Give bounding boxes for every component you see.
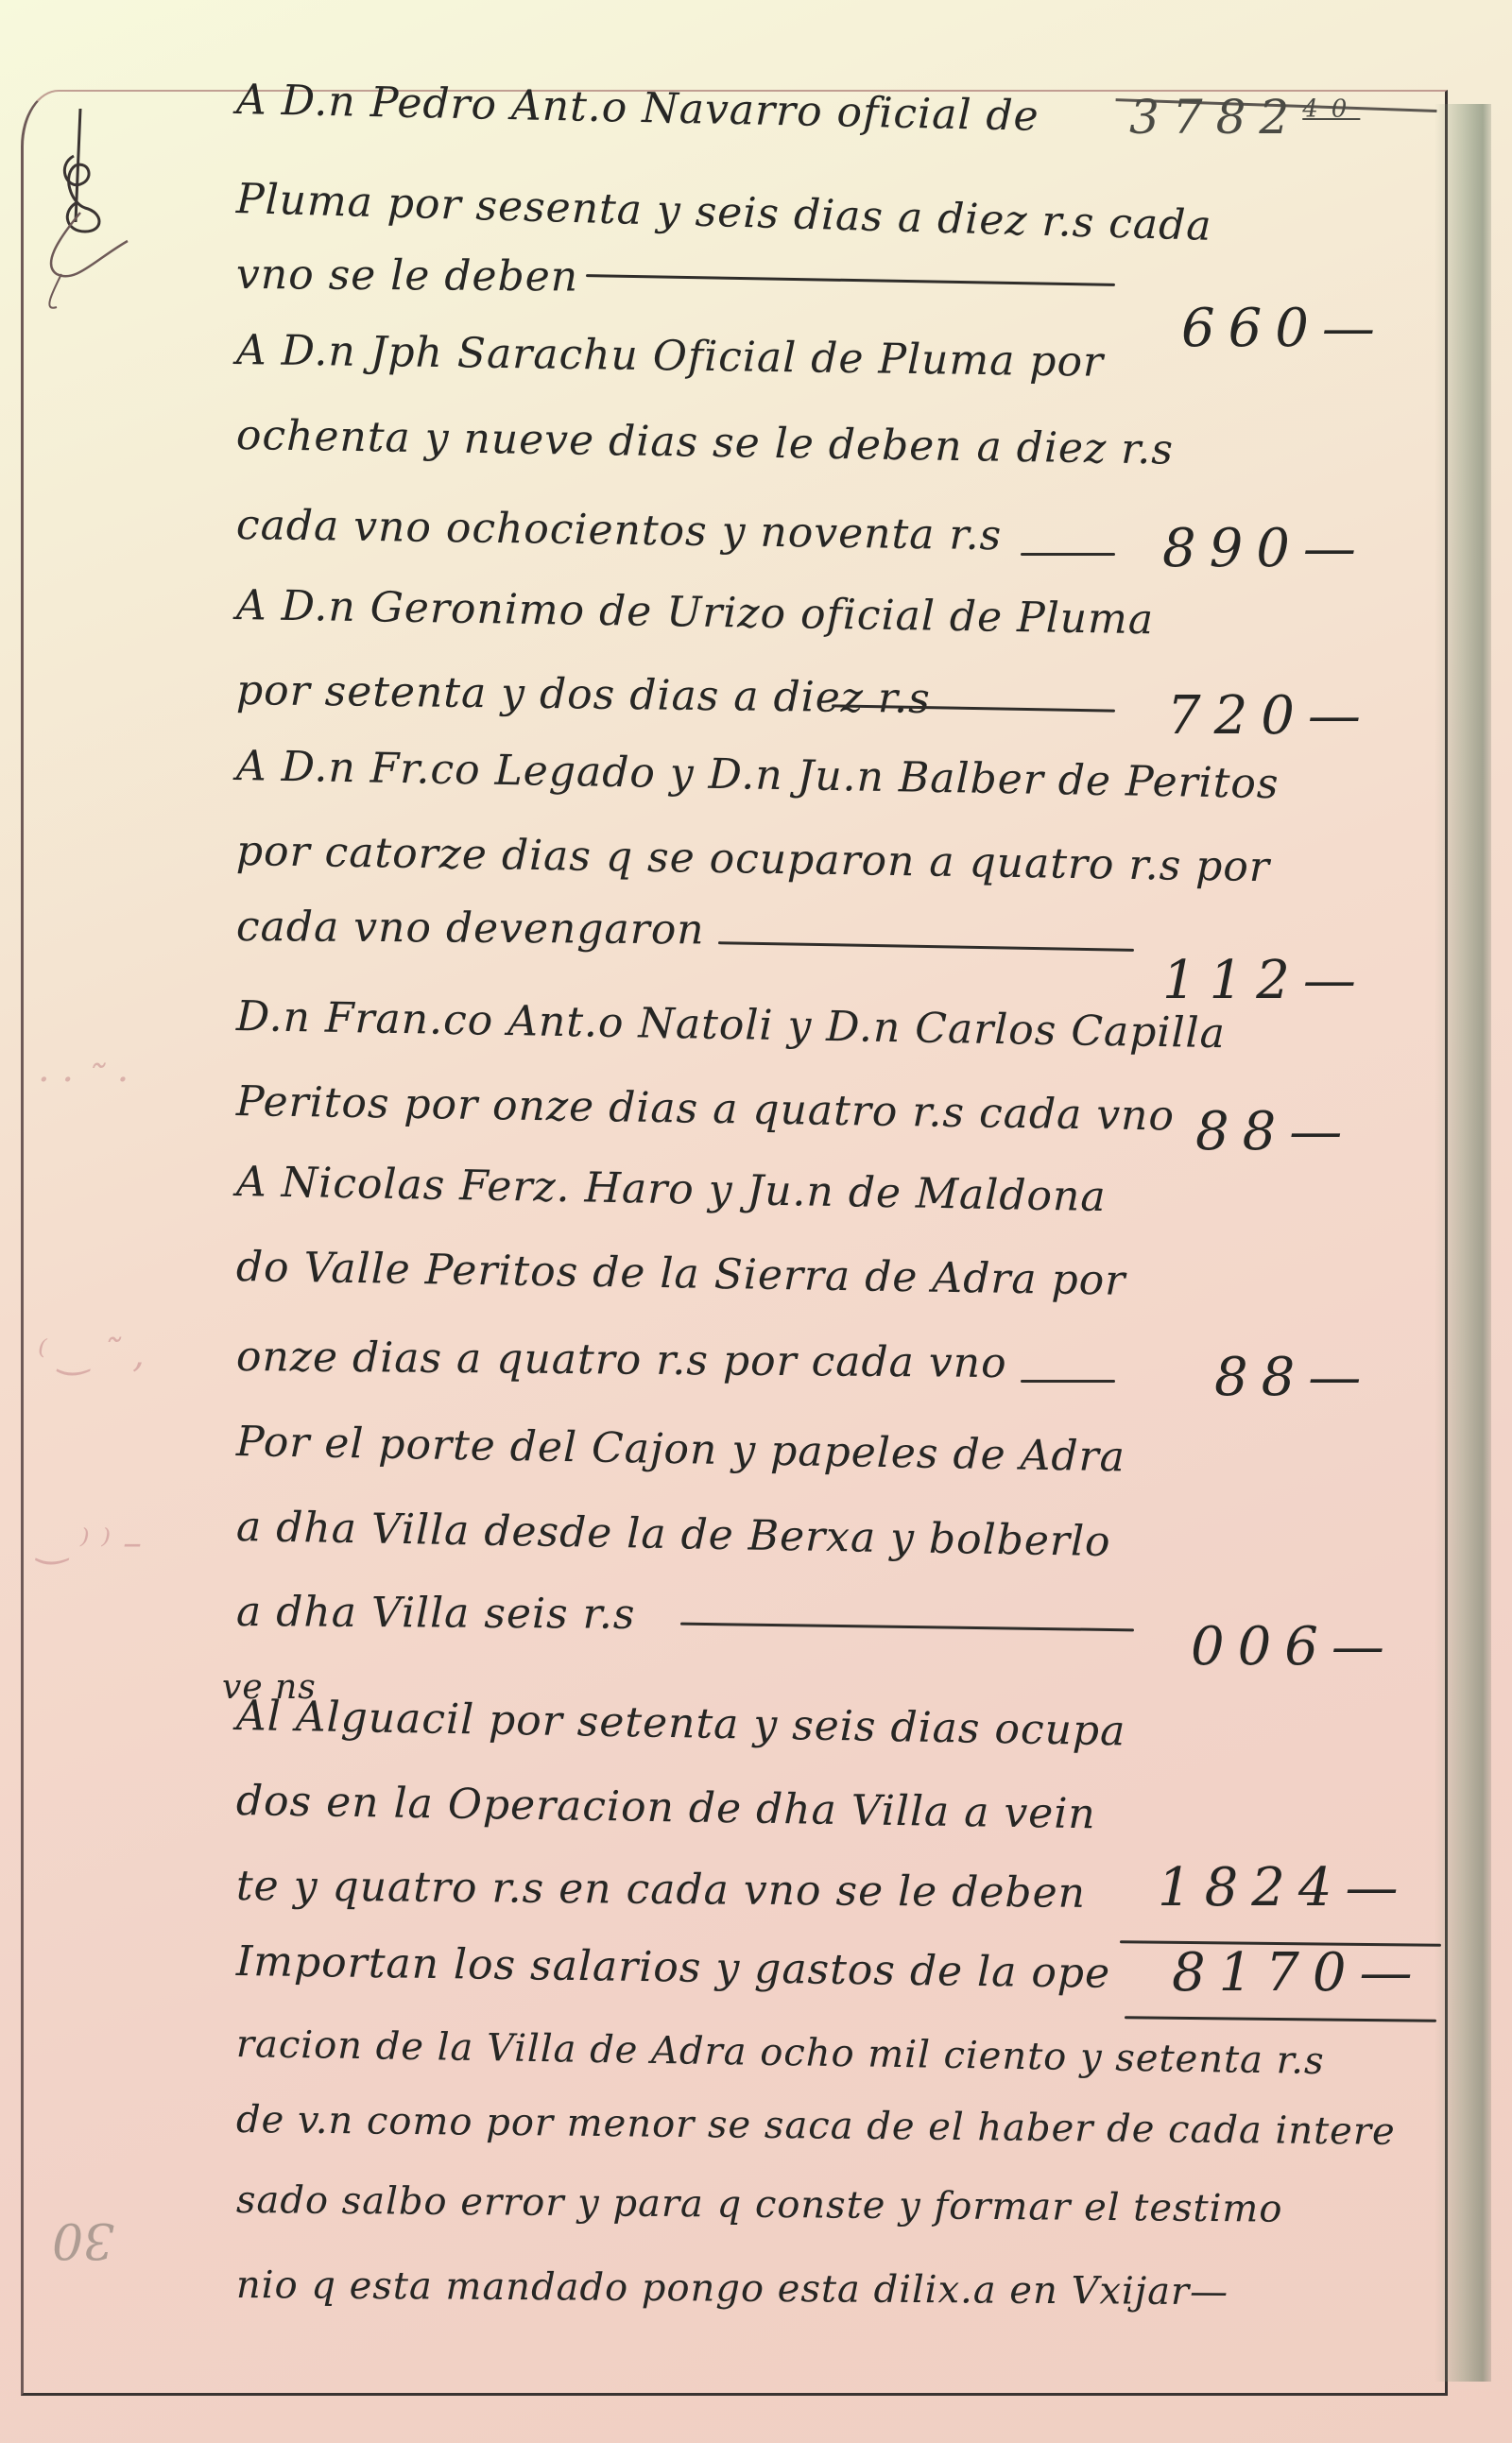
entry-line: nio q esta mandado pongo esta dilix.a en… — [236, 2263, 1228, 2314]
entry-line: a dha Villa seis r.s — [236, 1588, 636, 1639]
entry-amount: 1824— — [1158, 1857, 1412, 1918]
carried-total-value: 3782 — [1129, 90, 1302, 145]
bleed-through-text: · · ˜ · — [38, 1058, 129, 1102]
entry-amount: 660— — [1181, 298, 1388, 359]
carried-total: 378240 — [1129, 90, 1360, 145]
bleed-through-text: ⁽ ‿ ˜ , — [38, 1333, 145, 1376]
entry-amount: 112— — [1162, 950, 1369, 1011]
bleed-through-text: ‿ ⁾ ⁾ – — [38, 1522, 142, 1565]
entry-amount: 006— — [1191, 1616, 1398, 1677]
entry-line: por setenta y dos dias a diez r.s — [236, 666, 931, 723]
entry-line: cada vno devengaron — [236, 903, 705, 954]
entry-line: onze dias a quatro r.s por cada vno — [236, 1333, 1007, 1387]
grand-total: 8170— — [1172, 1942, 1426, 2004]
entry-line: sado salbo error y para q conste y forma… — [236, 2178, 1283, 2231]
entry-line: te y quatro r.s en cada vno se le deben — [236, 1862, 1086, 1918]
carried-total-fraction: 40 — [1302, 95, 1360, 123]
entry-amount: 720— — [1167, 685, 1374, 747]
book-gutter-shadow — [1435, 104, 1491, 2382]
rubric-flourish-icon — [38, 99, 142, 317]
entry-amount: 88— — [1214, 1347, 1374, 1408]
entry-rule — [1021, 553, 1115, 556]
entry-amount: 890— — [1162, 518, 1369, 579]
faint-page-number: 30 — [52, 2211, 114, 2268]
entry-amount: 88— — [1195, 1101, 1355, 1162]
entry-line: vno se le deben — [236, 250, 578, 301]
entry-rule — [1021, 1380, 1115, 1383]
